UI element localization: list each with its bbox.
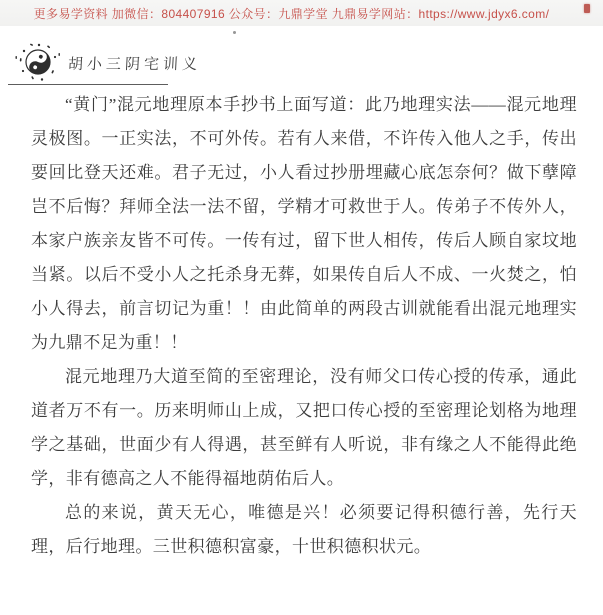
red-corner-mark-icon [584, 4, 590, 13]
header-underline [8, 84, 168, 85]
yinyang-seal-icon [14, 38, 62, 86]
promo-top-bar: 更多易学资料 加微信：804407916 公众号：九鼎学堂 九鼎易学网站：htt… [0, 0, 603, 26]
ink-dot [233, 31, 236, 34]
document-body: “黄门”混元地理原本手抄书上面写道：此乃地理实法——混元地理灵极图。一正实法，不… [31, 88, 577, 564]
document-title: 胡小三阴宅训义 [67, 53, 201, 74]
document-header: 胡小三阴宅训义 [10, 38, 240, 86]
paragraph-3: 总的来说，黄天无心，唯德是兴！必须要记得积德行善，先行天理，后行地理。三世积德积… [31, 496, 577, 564]
promo-text: 更多易学资料 加微信：804407916 公众号：九鼎学堂 九鼎易学网站：htt… [34, 5, 550, 22]
paragraph-1: “黄门”混元地理原本手抄书上面写道：此乃地理实法——混元地理灵极图。一正实法，不… [31, 88, 577, 360]
document-page: 更多易学资料 加微信：804407916 公众号：九鼎学堂 九鼎易学网站：htt… [0, 0, 603, 615]
paragraph-2: 混元地理乃大道至简的至密理论，没有师父口传心授的传承，通此道者万不有一。历来明师… [31, 360, 577, 496]
